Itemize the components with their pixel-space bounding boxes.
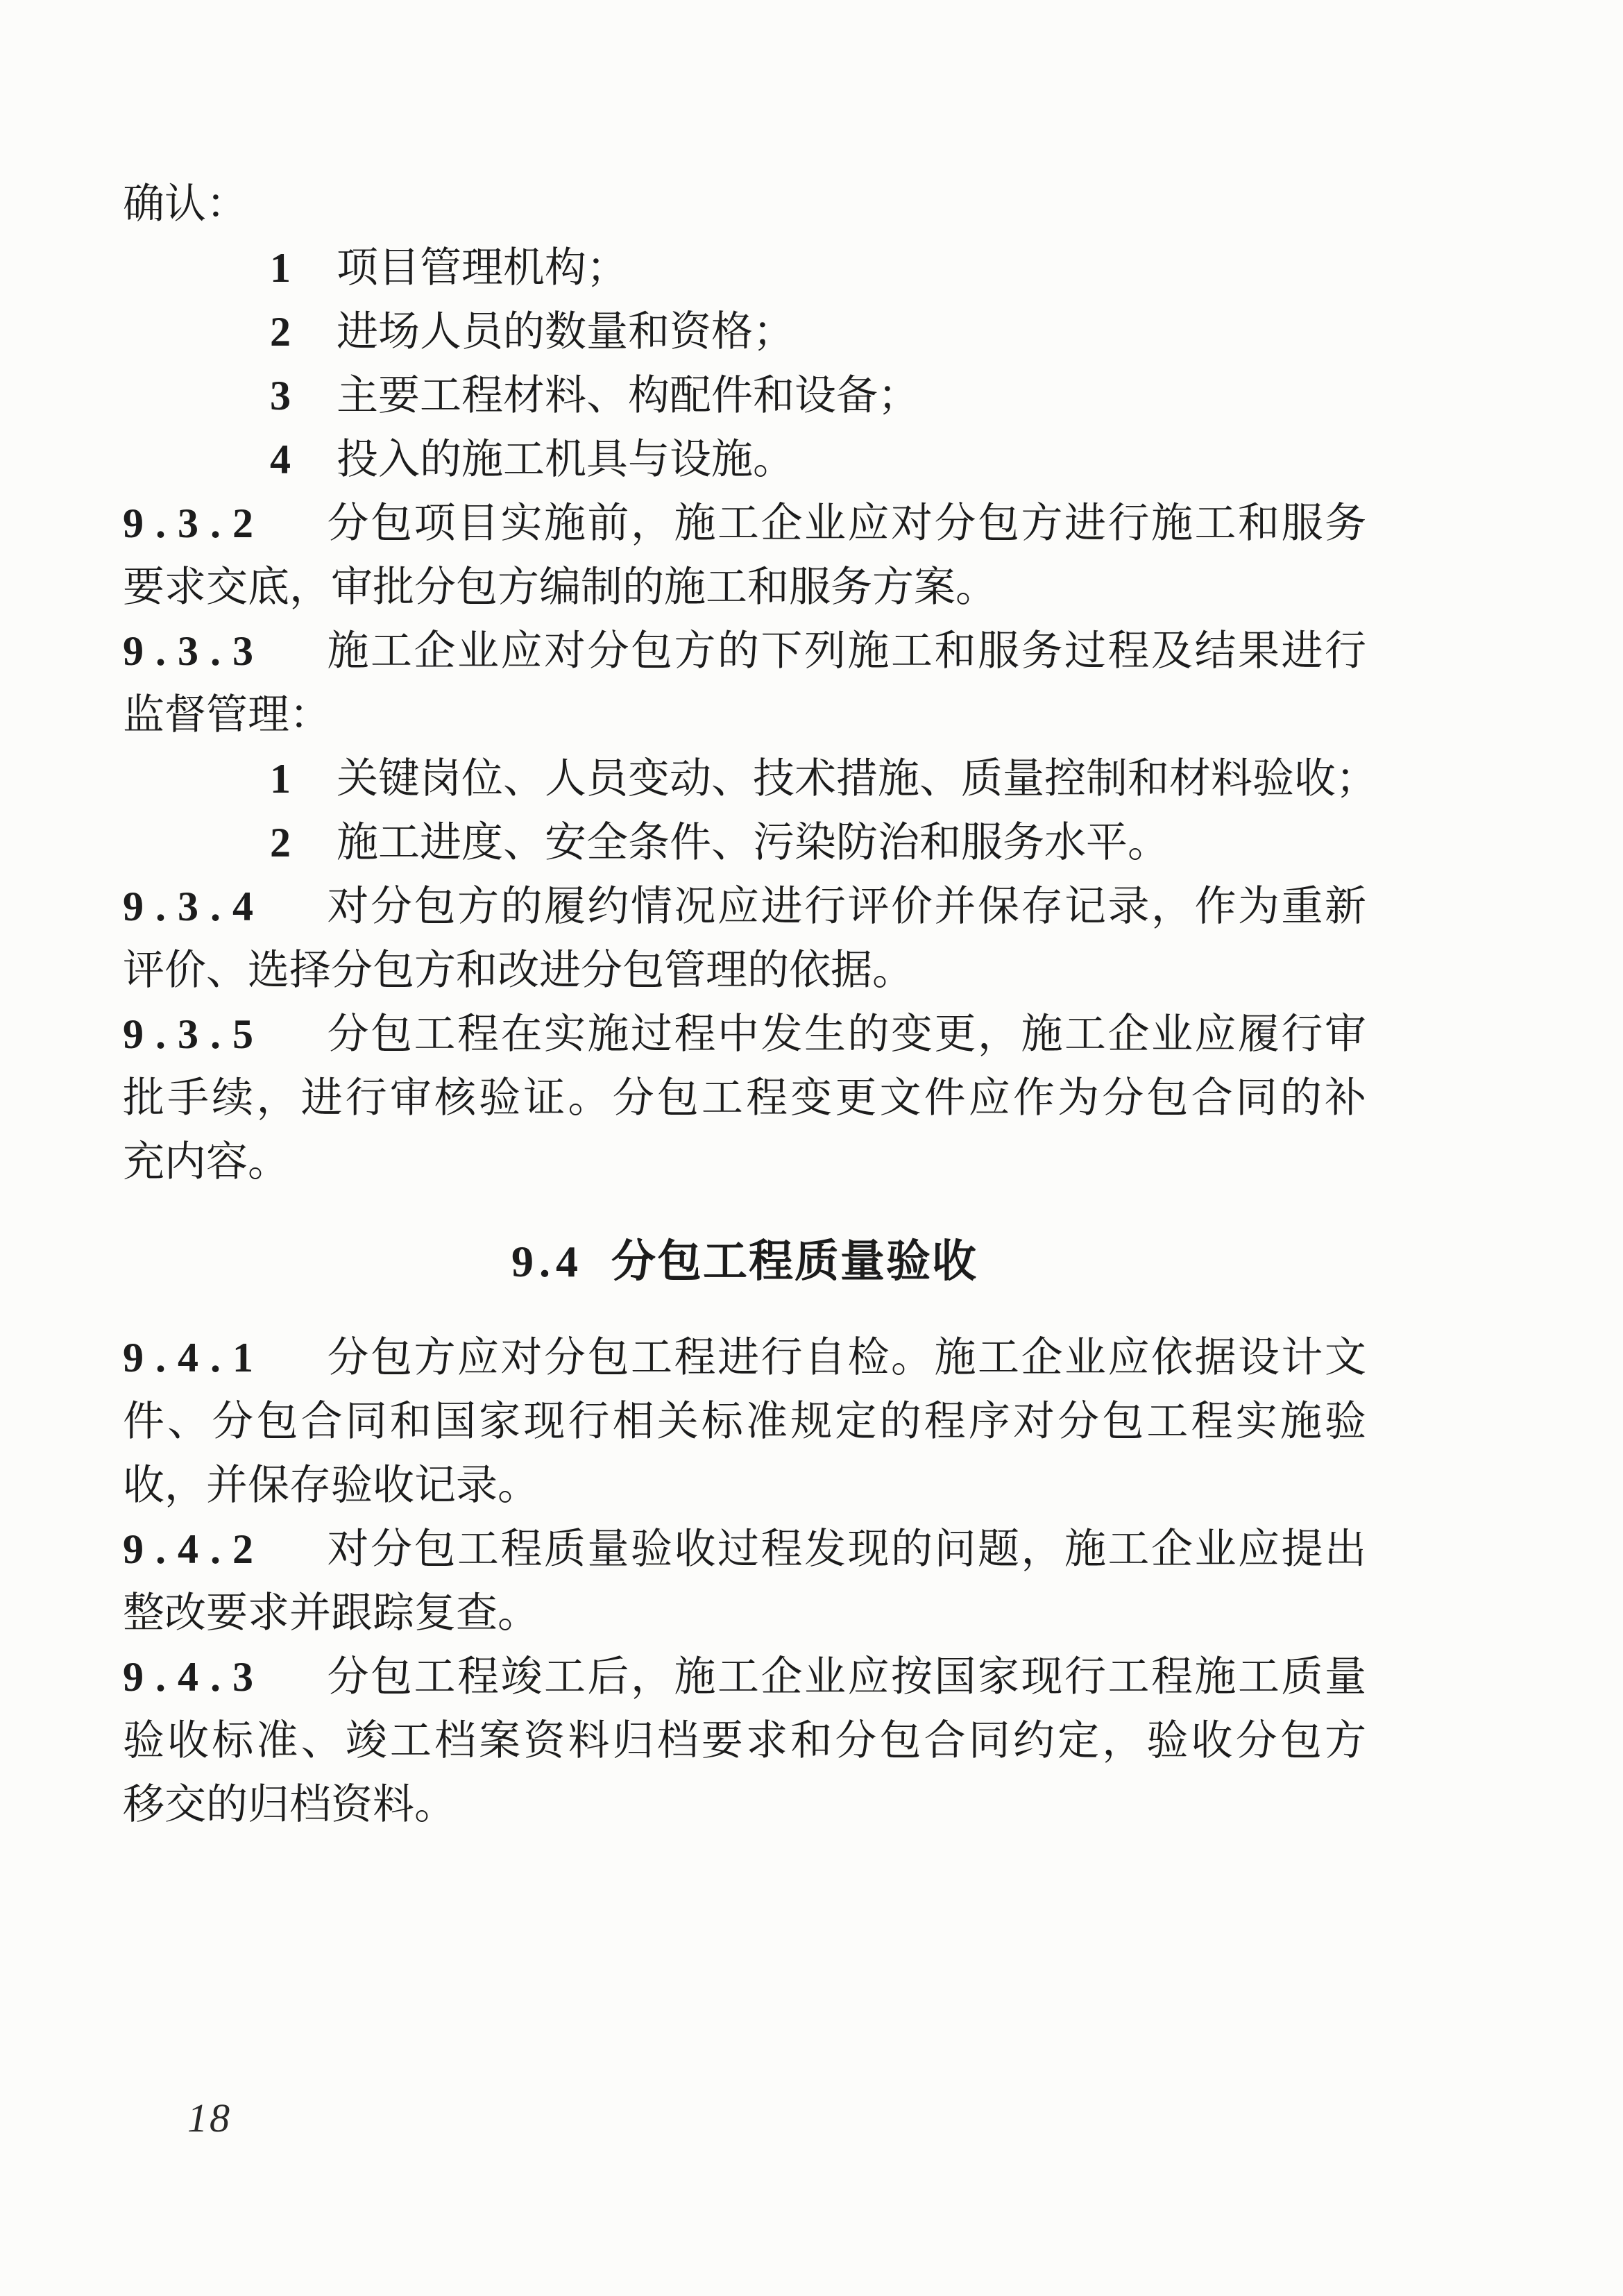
clause-line: 9.4.3分包工程竣工后，施工企业应按国家现行工程施工质量: [123, 1645, 1366, 1709]
clause-number: 9.3.4: [123, 875, 281, 938]
clause-text: 整改要求并跟踪复查。: [123, 1590, 539, 1636]
list-item: 1 项目管理机构；: [123, 236, 1366, 300]
page-content: 确认： 1 项目管理机构； 2 进场人员的数量和资格； 3 主要工程材料、构配件…: [123, 172, 1366, 1837]
clause-text: 分包方应对分包工程进行自检。施工企业应依据设计文: [325, 1335, 1366, 1381]
clause-line: 批手续，进行审核验证。分包工程变更文件应作为分包合同的补: [123, 1066, 1366, 1130]
clause-number: 9.3.3: [123, 619, 281, 683]
list-item-text: 进场人员的数量和资格；: [337, 309, 794, 355]
list-item: 2 施工进度、安全条件、污染防治和服务水平。: [123, 811, 1366, 875]
list-item: 1 关键岗位、人员变动、技术措施、质量控制和材料验收；: [123, 747, 1366, 811]
clause-text: 对分包方的履约情况应进行评价并保存记录，作为重新: [325, 884, 1366, 929]
list-item-text: 投入的施工机具与设施。: [337, 437, 794, 482]
list-item: 4 投入的施工机具与设施。: [123, 428, 1366, 491]
page-number: 18: [187, 2095, 232, 2141]
list-item: 2 进场人员的数量和资格；: [123, 300, 1366, 364]
clause-line: 验收标准、竣工档案资料归档要求和分包合同约定，验收分包方: [123, 1709, 1366, 1773]
clause-text: 件、分包合同和国家现行相关标准规定的程序对分包工程实施验: [123, 1399, 1366, 1444]
clause-text: 分包工程在实施过程中发生的变更，施工企业应履行审: [325, 1011, 1366, 1057]
clause-line: 9.3.2分包项目实施前，施工企业应对分包方进行施工和服务: [123, 491, 1366, 555]
clause-number: 9.4.1: [123, 1326, 281, 1390]
continuation-line: 确认：: [123, 172, 1366, 236]
list-item-number: 2: [270, 811, 291, 875]
document-page: 确认： 1 项目管理机构； 2 进场人员的数量和资格； 3 主要工程材料、构配件…: [0, 0, 1623, 2296]
continuation-text: 确认：: [123, 181, 248, 227]
clause-text: 收，并保存验收记录。: [123, 1462, 539, 1508]
clause-line: 移交的归档资料。: [123, 1773, 1366, 1837]
clause-line: 9.3.4对分包方的履约情况应进行评价并保存记录，作为重新: [123, 875, 1366, 938]
list-item-number: 3: [270, 364, 291, 428]
clause-text: 验收标准、竣工档案资料归档要求和分包合同约定，验收分包方: [123, 1718, 1366, 1764]
clause-9-3-4: 9.3.4对分包方的履约情况应进行评价并保存记录，作为重新 评价、选择分包方和改…: [123, 875, 1366, 1002]
list-item-number: 4: [270, 428, 291, 491]
numbered-list-a: 1 项目管理机构； 2 进场人员的数量和资格； 3 主要工程材料、构配件和设备；…: [123, 236, 1366, 491]
numbered-list-b: 1 关键岗位、人员变动、技术措施、质量控制和材料验收； 2 施工进度、安全条件、…: [123, 747, 1366, 875]
clause-number: 9.4.2: [123, 1517, 281, 1581]
clause-text: 评价、选择分包方和改进分包管理的依据。: [123, 947, 914, 993]
clause-text: 移交的归档资料。: [123, 1782, 456, 1827]
clause-line: 整改要求并跟踪复查。: [123, 1581, 1366, 1645]
clause-line: 监督管理：: [123, 683, 1366, 747]
clause-line: 件、分包合同和国家现行相关标准规定的程序对分包工程实施验: [123, 1390, 1366, 1453]
clause-number: 9.4.3: [123, 1645, 281, 1709]
list-item-number: 2: [270, 300, 291, 364]
clause-9-3-5: 9.3.5分包工程在实施过程中发生的变更，施工企业应履行审 批手续，进行审核验证…: [123, 1002, 1366, 1194]
clause-9-4-3: 9.4.3分包工程竣工后，施工企业应按国家现行工程施工质量 验收标准、竣工档案资…: [123, 1645, 1366, 1837]
list-item: 3 主要工程材料、构配件和设备；: [123, 364, 1366, 428]
clause-text: 对分包工程质量验收过程发现的问题，施工企业应提出: [325, 1526, 1366, 1572]
clause-line: 9.3.3施工企业应对分包方的下列施工和服务过程及结果进行: [123, 619, 1366, 683]
clause-9-4-1: 9.4.1分包方应对分包工程进行自检。施工企业应依据设计文 件、分包合同和国家现…: [123, 1326, 1366, 1517]
clause-line: 9.4.2对分包工程质量验收过程发现的问题，施工企业应提出: [123, 1517, 1366, 1581]
list-item-text: 施工进度、安全条件、污染防治和服务水平。: [337, 820, 1169, 866]
clause-number: 9.3.2: [123, 491, 281, 555]
list-item-number: 1: [270, 236, 291, 300]
clause-line: 9.4.1分包方应对分包工程进行自检。施工企业应依据设计文: [123, 1326, 1366, 1390]
clause-text: 分包工程竣工后，施工企业应按国家现行工程施工质量: [325, 1654, 1366, 1700]
clause-line: 9.3.5分包工程在实施过程中发生的变更，施工企业应履行审: [123, 1002, 1366, 1066]
clause-line: 收，并保存验收记录。: [123, 1453, 1366, 1517]
clause-line: 评价、选择分包方和改进分包管理的依据。: [123, 938, 1366, 1002]
clause-9-4-2: 9.4.2对分包工程质量验收过程发现的问题，施工企业应提出 整改要求并跟踪复查。: [123, 1517, 1366, 1645]
clause-9-3-3: 9.3.3施工企业应对分包方的下列施工和服务过程及结果进行 监督管理：: [123, 619, 1366, 747]
section-number: 9.4: [511, 1237, 584, 1286]
list-item-text: 项目管理机构；: [337, 245, 628, 291]
clause-text: 监督管理：: [123, 692, 331, 738]
clause-number: 9.3.5: [123, 1002, 281, 1066]
clause-text: 充内容。: [123, 1139, 289, 1185]
clause-9-3-2: 9.3.2分包项目实施前，施工企业应对分包方进行施工和服务 要求交底，审批分包方…: [123, 491, 1366, 619]
clause-text: 分包项目实施前，施工企业应对分包方进行施工和服务: [325, 500, 1366, 546]
section-heading: 9.4分包工程质量验收: [123, 1230, 1366, 1294]
section-title: 分包工程质量验收: [611, 1237, 978, 1286]
clause-text: 要求交底，审批分包方编制的施工和服务方案。: [123, 564, 997, 610]
clause-text: 施工企业应对分包方的下列施工和服务过程及结果进行: [325, 628, 1366, 674]
list-item-number: 1: [270, 747, 291, 811]
clause-line: 充内容。: [123, 1130, 1366, 1194]
list-item-text: 主要工程材料、构配件和设备；: [337, 373, 919, 419]
list-item-text: 关键岗位、人员变动、技术措施、质量控制和材料验收；: [337, 756, 1377, 802]
clause-text: 批手续，进行审核验证。分包工程变更文件应作为分包合同的补: [123, 1075, 1366, 1121]
clause-line: 要求交底，审批分包方编制的施工和服务方案。: [123, 555, 1366, 619]
